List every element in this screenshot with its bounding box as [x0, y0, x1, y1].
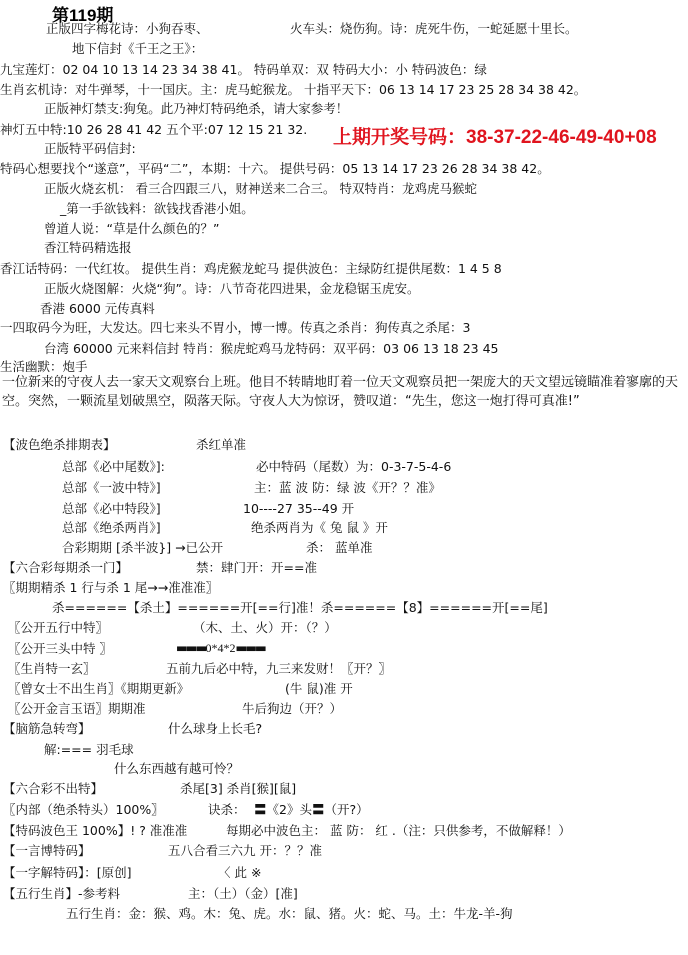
- lamp-ban-line: 正版神灯禁支:狗兔。此乃神灯特码绝杀，请大家参考！: [44, 101, 348, 117]
- bars-icon-right: ▬▬▬: [235, 640, 264, 655]
- xiangjiang-title: 香江特码精选报: [44, 240, 132, 256]
- three-heads-value: ▬▬▬0*4*2▬▬▬: [176, 640, 265, 656]
- last-draw-numbers: 上期开奖号码：38-37-22-46-49-40+08: [333, 122, 657, 149]
- ms-zeng-value: (牛 鼠)准 开: [285, 681, 353, 697]
- first-hand-line: _第一手欲钱料：欲钱找香港小姐。: [60, 201, 254, 217]
- must-segment-label: 总部《必中特段》]: [62, 501, 161, 517]
- plum-poem-line: 正版四字梅花诗：小狗吞枣、: [46, 21, 209, 37]
- must-tail-label: 总部《必中尾数》]:: [62, 459, 165, 475]
- one-wave-value: 主：蓝 波 防：绿 波《开？？准》: [254, 480, 441, 496]
- taiwan-envelope-line: 台湾 60000 元来料信封 特肖：猴虎蛇鸡马龙特码：双平码：03 06 13 …: [44, 341, 499, 357]
- three-heads-label: 〖公开三头中特 〗: [8, 641, 112, 657]
- internal-kill-prefix: 诀杀：: [208, 802, 246, 818]
- one-wave-label: 总部《一波中特》]: [62, 480, 161, 496]
- golden-words-value: 牛后狗边（开？）: [242, 701, 342, 717]
- ms-zeng-label: 〖曾女士不出生肖〗《期期更新》: [8, 681, 189, 697]
- wave-kill-value: 杀红单准: [196, 437, 246, 453]
- golden-words-label: 〖公开金言玉语〗期期准: [8, 701, 146, 717]
- humor-paragraph: 一位新来的守夜人去一家天文观察台上班。他目不转睛地盯着一位天文观察员把一架庞大的…: [2, 373, 688, 411]
- no-special-value: 杀尾[3] 杀肖[猴][鼠]: [180, 781, 296, 797]
- taoist-quote-line: 曾道人说：“草是什么颜色的？”: [44, 221, 219, 237]
- zodiac-mystery-label: 〖生肖特一玄〗: [8, 661, 96, 677]
- bars-icon-left: ▬▬▬: [176, 640, 205, 655]
- train-head-line: 火车头：烧伤狗。诗：虎死牛伤，一蛇延愿十里长。: [290, 21, 578, 37]
- wave-king-value: 每期必中波色主： 蓝 防： 红 .（注：只供参考，不做解释！）: [226, 823, 571, 839]
- brain-teaser-answer: 解:=== 羽毛球: [44, 742, 134, 758]
- five-element-zodiac-label: 【五行生肖】-参考料: [3, 886, 120, 902]
- fire-mystery-line: 正版火烧玄机： 看三合四跟三八，财神送来二合三。 特双特肖：龙鸡虎马猴蛇: [44, 181, 477, 197]
- must-segment-value: 10----27 35--49 开: [243, 501, 354, 517]
- wave-kill-title: 【波色绝杀排期表】: [3, 437, 116, 453]
- underground-envelope-line: 地下信封《千王之王》：: [72, 41, 203, 57]
- kill-door-label: 【六合彩每期杀一门】: [3, 560, 128, 576]
- five-element-zodiac-value: 主：（土）（金）[准]: [188, 886, 298, 902]
- five-element-zodiac-detail: 五行生肖：金：猴、鸡。木：兔、虎。水：鼠、猪。火：蛇、马。土：牛龙-羊-狗: [66, 906, 513, 922]
- hk-fax-title: 香港 6000 元传真料: [40, 301, 155, 317]
- kill-two-label: 总部《绝杀两肖》]: [62, 520, 161, 536]
- one-word-bet-label: 【一言博特码】: [3, 843, 91, 859]
- kill-door-value: 禁：肆门开：开==准: [196, 560, 317, 576]
- xiangjiang-line: 香江话特码：一代红妆。 提供生肖：鸡虎猴龙蛇马 提供波色：主绿防红提供尾数：1 …: [0, 261, 502, 277]
- hk-fax-line: 一四取码今为旺，大发达。四七来头不胃小，博一博。传真之杀肖：狗传真之杀尾：3: [0, 320, 470, 336]
- zodiac-poem-line: 生肖玄机诗：对牛弹琴，十一国庆。主：虎马蛇猴龙。 十指平天下：06 13 14 …: [0, 82, 586, 98]
- no-special-label: 【六合彩不出特】: [3, 781, 103, 797]
- nine-lotus-line: 九宝莲灯：02 04 10 13 14 23 34 38 41。 特码单双：双 …: [0, 62, 487, 78]
- special-wish-line: 特码心想要找个“遂意”，平码“二”，本期：十六。 提供号码：05 13 14 1…: [0, 161, 550, 177]
- brain-teaser-question-2: 什么东西越有越可怜？: [114, 761, 239, 777]
- half-wave-value: 杀： 蓝单准: [306, 540, 372, 556]
- kill-two-value: 绝杀两肖为《 兔 鼠 》开: [251, 520, 388, 536]
- half-wave-label: 合彩期期 [杀半波}] →已公开: [62, 540, 223, 556]
- internal-kill-label: 〖内部（绝杀特头）100%〗: [3, 802, 164, 818]
- kill-row-tail-line: 〖期期精杀 1 行与杀 1 尾→→准准准〗: [3, 580, 218, 596]
- special-envelope-label: 正版特平码信封:: [44, 141, 136, 157]
- one-word-bet-value: 五八合看三六九 开：？？准: [168, 843, 322, 859]
- internal-kill-value: 〓《2》头〓（开?）: [254, 802, 369, 818]
- one-char-value: 〈 此 ※: [218, 865, 261, 881]
- must-tail-value: 必中特码（尾数）为：0-3-7-5-4-6: [256, 459, 451, 475]
- five-elements-value: （木、土、火）开：（？）: [193, 620, 337, 636]
- brain-teaser-label: 【脑筋急转弯】: [3, 721, 91, 737]
- kill-earth-line: 杀======【杀土】======开[==行]准！杀======【8】=====…: [52, 600, 548, 616]
- fire-diagram-line: 正版火烧图解：火烧“狗”。诗：八节奇花四进果，金龙稳锯玉虎安。: [44, 281, 419, 297]
- lamp-five-line: 神灯五中特:10 26 28 41 42 五个平:07 12 15 21 32.: [0, 122, 307, 138]
- five-elements-label: 〖公开五行中特〗: [8, 620, 108, 636]
- wave-king-label: 【特码波色王 100%】! ? 准准准: [3, 823, 187, 839]
- one-char-label: 【一字解特码】：[原创]: [3, 865, 132, 881]
- zodiac-mystery-value: 五前九后必中特，九三来发财！〖开？〗: [166, 661, 391, 677]
- brain-teaser-question: 什么球身上长毛?: [168, 721, 262, 737]
